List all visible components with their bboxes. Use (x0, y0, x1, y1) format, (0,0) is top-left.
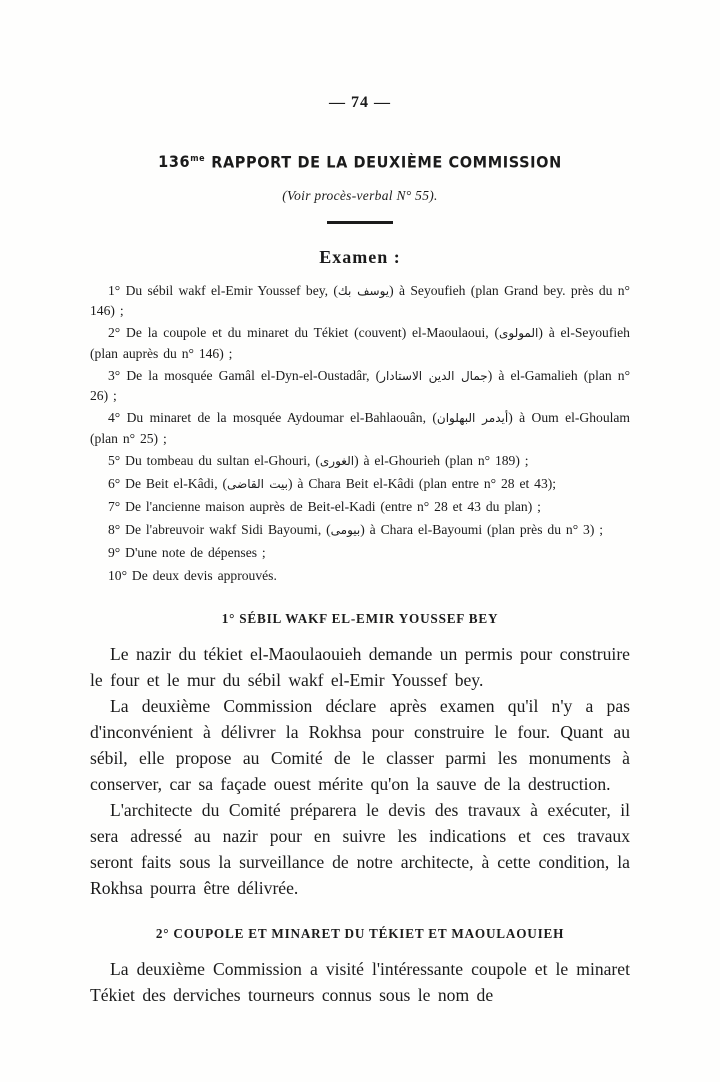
paragraph: Le nazir du tékiet el-Maoulaouieh demand… (90, 641, 630, 693)
paragraph: La deuxième Commission déclare après exa… (90, 693, 630, 797)
arabic-text: بيومى (331, 523, 361, 537)
list-item: 6° De Beit el-Kâdi, (بيت القاضى) à Chara… (90, 474, 630, 495)
item-text: ) à el-Ghourieh (plan n° 189) ; (354, 453, 529, 468)
list-item: 2° De la coupole et du minaret du Tékiet… (90, 323, 630, 363)
arabic-text: الغورى (320, 454, 354, 468)
item-text: 8° De l'abreuvoir wakf Sidi Bayoumi, ( (108, 522, 331, 537)
item-text: 7° De l'ancienne maison auprès de Beit-e… (108, 499, 541, 514)
list-item: 1° Du sébil wakf el-Emir Youssef bey, (ي… (90, 281, 630, 321)
item-text: 9° D'une note de dépenses ; (108, 545, 266, 560)
examen-list: 1° Du sébil wakf el-Emir Youssef bey, (ي… (90, 281, 630, 587)
section-1: 1° SÉBIL WAKF EL-EMIR YOUSSEF BEY Le naz… (90, 611, 630, 901)
item-text: 5° Du tombeau du sultan el-Ghouri, ( (108, 453, 320, 468)
section-2-body: La deuxième Commission a visité l'intére… (90, 956, 630, 1008)
examen-heading: Examen : (90, 247, 630, 268)
item-text: 10° De deux devis approuvés. (108, 568, 277, 583)
item-text: 6° De Beit el-Kâdi, ( (108, 476, 227, 491)
item-text: 3° De la mosquée Gamâl el-Dyn-el-Oustadâ… (108, 368, 380, 383)
arabic-text: المولوى (499, 326, 538, 340)
list-item: 10° De deux devis approuvés. (90, 566, 630, 587)
report-title-superscript: me (190, 153, 205, 163)
list-item: 9° D'une note de dépenses ; (90, 543, 630, 564)
item-text: 4° Du minaret de la mosquée Aydoumar el-… (108, 410, 437, 425)
arabic-text: يوسف بك (338, 284, 389, 298)
item-text: ) à Chara el-Bayoumi (plan près du n° 3)… (360, 522, 603, 537)
list-item: 7° De l'ancienne maison auprès de Beit-e… (90, 497, 630, 518)
section-1-heading: 1° SÉBIL WAKF EL-EMIR YOUSSEF BEY (90, 611, 630, 627)
section-1-body: Le nazir du tékiet el-Maoulaouieh demand… (90, 641, 630, 901)
arabic-text: بيت القاضى (227, 477, 288, 491)
document-page: — 74 — 136meRAPPORT DE LA DEUXIÈME COMMI… (0, 0, 720, 1082)
report-title-number: 136 (158, 154, 190, 171)
item-text: ) à Chara Beit el-Kâdi (plan entre n° 28… (288, 476, 556, 491)
list-item: 8° De l'abreuvoir wakf Sidi Bayoumi, (بي… (90, 520, 630, 541)
section-divider-rule (327, 221, 393, 224)
arabic-text: أيدمر البهلوان (437, 411, 508, 425)
paragraph: La deuxième Commission a visité l'intére… (90, 956, 630, 1008)
page-number: — 74 — (90, 94, 630, 112)
report-title: 136meRAPPORT DE LA DEUXIÈME COMMISSION (90, 153, 630, 171)
list-item: 5° Du tombeau du sultan el-Ghouri, (الغو… (90, 451, 630, 472)
paragraph: L'architecte du Comité préparera le devi… (90, 797, 630, 901)
report-subtitle: (Voir procès-verbal N° 55). (90, 188, 630, 204)
section-2-heading: 2° COUPOLE ET MINARET DU TÉKIET ET MAOUL… (90, 926, 630, 942)
list-item: 4° Du minaret de la mosquée Aydoumar el-… (90, 408, 630, 448)
item-text: 1° Du sébil wakf el-Emir Youssef bey, ( (108, 283, 338, 298)
item-text: 2° De la coupole et du minaret du Tékiet… (108, 325, 499, 340)
section-2: 2° COUPOLE ET MINARET DU TÉKIET ET MAOUL… (90, 926, 630, 1008)
arabic-text: جمال الدين الاستادار (380, 369, 488, 383)
report-title-text: RAPPORT DE LA DEUXIÈME COMMISSION (211, 154, 562, 171)
list-item: 3° De la mosquée Gamâl el-Dyn-el-Oustadâ… (90, 366, 630, 406)
